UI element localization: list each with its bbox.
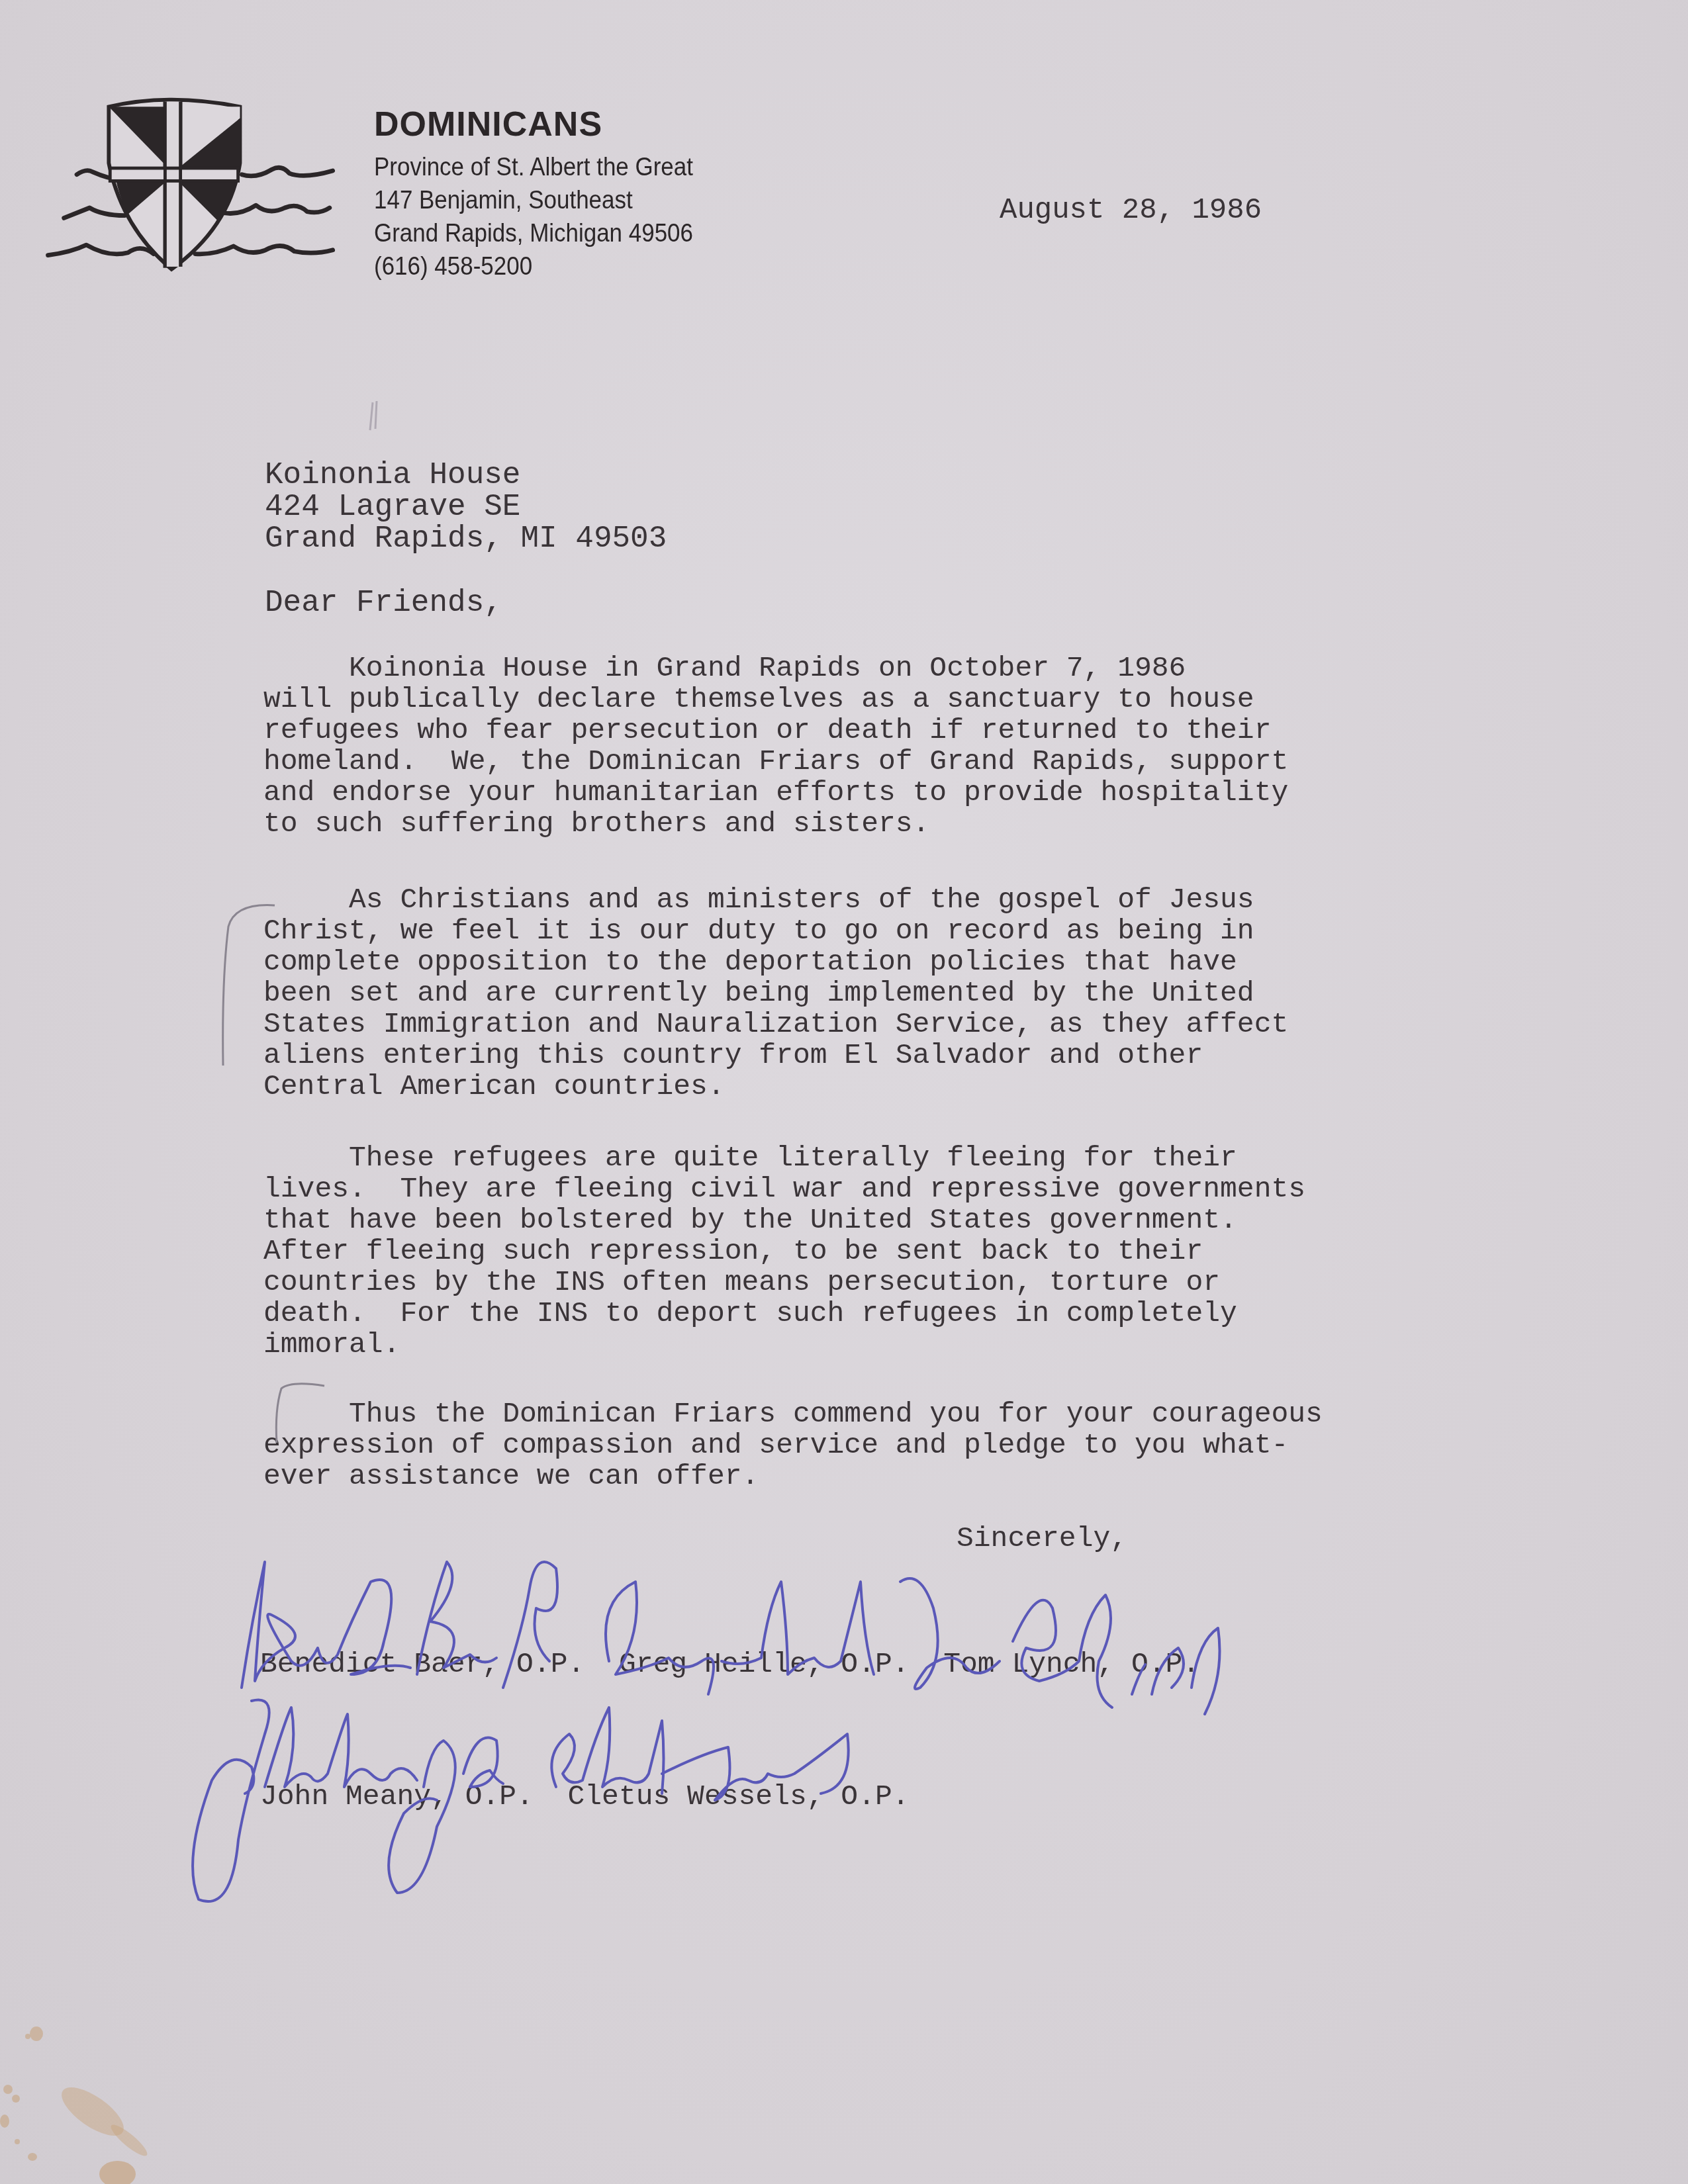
pencil-bracket-mark (265, 1377, 344, 1456)
letterhead-province: Province of St. Albert the Great (374, 154, 693, 182)
paragraph-line: death. For the INS to deport such refuge… (263, 1297, 1237, 1330)
paragraph-line: Christ, we feel it is our duty to go on … (263, 915, 1254, 947)
pencil-mark (361, 397, 387, 437)
recipient-line: Grand Rapids, MI 49503 (265, 522, 667, 556)
paragraph-line: refugees who fear persecution or death i… (263, 714, 1271, 747)
paragraph-line: As Christians and as ministers of the go… (263, 884, 1254, 916)
letter-date: August 28, 1986 (1000, 194, 1262, 227)
recipient-line: Koinonia House (265, 458, 520, 492)
recipient-line: 424 Lagrave SE (265, 490, 520, 524)
letterhead-phone: (616) 458-5200 (374, 253, 532, 281)
paragraph-line: will publically declare themselves as a … (263, 683, 1254, 715)
paragraph-line: aliens entering this country from El Sal… (263, 1039, 1203, 1071)
paragraph-line: complete opposition to the deportation p… (263, 946, 1237, 978)
paragraph-line: homeland. We, the Dominican Friars of Gr… (263, 745, 1288, 778)
paragraph-line: Koinonia House in Grand Rapids on Octobe… (263, 652, 1186, 684)
paragraph-line: been set and are currently being impleme… (263, 977, 1254, 1009)
letterhead-organization: DOMINICANS (374, 105, 602, 144)
paragraph-line: expression of compassion and service and… (263, 1429, 1288, 1461)
dominican-shield-logo-icon (36, 93, 348, 285)
letter-page: DOMINICANS Province of St. Albert the Gr… (0, 0, 1688, 2184)
signatory-names-row-1: Benedict Baer, O.P. Greg Heille, O.P. To… (260, 1648, 1199, 1680)
closing: Sincerely, (957, 1522, 1127, 1555)
pencil-bracket-mark (215, 900, 295, 1072)
paragraph-line: and endorse your humanitarian efforts to… (263, 776, 1288, 809)
signatory-names-row-2: John Meany, O.P. Cletus Wessels, O.P. (260, 1780, 910, 1813)
paragraph-line: immoral. (263, 1328, 400, 1361)
paragraph-line: lives. They are fleeing civil war and re… (263, 1173, 1305, 1205)
paragraph-line: States Immigration and Nauralization Ser… (263, 1008, 1288, 1040)
paragraph-line: countries by the INS often means persecu… (263, 1266, 1220, 1298)
letterhead-street: 147 Benjamin, Southeast (374, 187, 633, 215)
paragraph-line: These refugees are quite literally fleei… (263, 1142, 1237, 1174)
handwritten-signatures-row-1 (218, 1542, 1509, 1721)
paragraph-line: Central American countries. (263, 1070, 725, 1103)
paragraph-line: Thus the Dominican Friars commend you fo… (263, 1398, 1323, 1430)
paragraph-line: that have been bolstered by the United S… (263, 1204, 1237, 1236)
letterhead-city: Grand Rapids, Michigan 49506 (374, 220, 693, 248)
salutation: Dear Friends, (265, 586, 502, 620)
paragraph-line: After fleeing such repression, to be sen… (263, 1235, 1203, 1267)
paragraph-line: to such suffering brothers and sisters. (263, 807, 929, 840)
paragraph-line: ever assistance we can offer. (263, 1460, 759, 1492)
